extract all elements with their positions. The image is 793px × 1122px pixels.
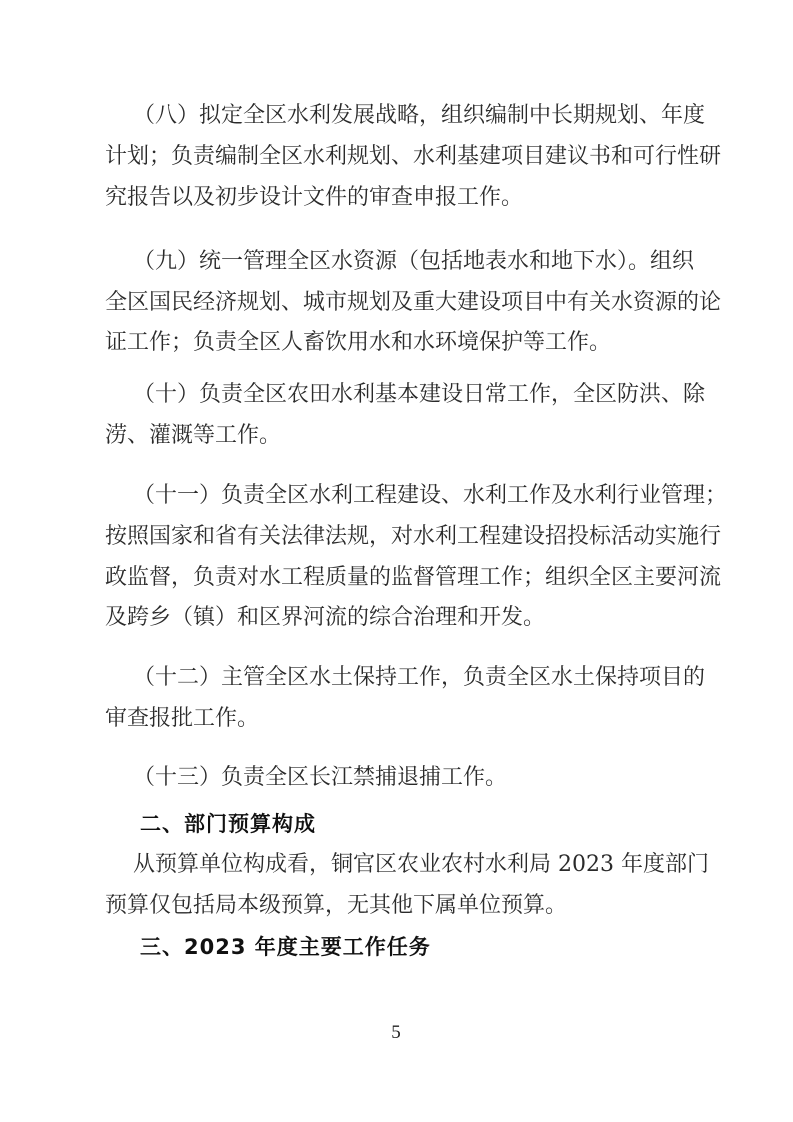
document-page: （八）拟定全区水利发展战略，组织编制中长期规划、年度 计划；负责编制全区水利规划… xyxy=(0,0,793,1122)
paragraph-item-12-line-2: 审查报批工作。 xyxy=(105,704,692,734)
paragraph-item-11-line-1: （十一）负责全区水利工程建设、水利工作及水利行业管理； xyxy=(133,481,692,511)
paragraph-item-9-line-1: （九）统一管理全区水资源（包括地表水和地下水）。组织 xyxy=(133,247,692,277)
paragraph-item-12-line-1: （十二）主管全区水土保持工作，负责全区水土保持项目的 xyxy=(133,663,692,693)
paragraph-item-8-line-2: 计划；负责编制全区水利规划、水利基建项目建议书和可行性研 xyxy=(105,142,692,172)
page-number: 5 xyxy=(386,1022,406,1044)
paragraph-item-9-line-3: 证工作；负责全区人畜饮用水和水环境保护等工作。 xyxy=(105,328,692,358)
paragraph-item-11-line-2: 按照国家和省有关法律法规，对水利工程建设招投标活动实施行 xyxy=(105,522,692,552)
paragraph-item-9-line-2: 全区国民经济规划、城市规划及重大建设项目中有关水资源的论 xyxy=(105,288,692,318)
paragraph-item-10-line-1: （十）负责全区农田水利基本建设日常工作，全区防洪、除 xyxy=(133,380,692,410)
paragraph-item-10-line-2: 涝、灌溉等工作。 xyxy=(105,421,692,451)
paragraph-item-8-line-1: （八）拟定全区水利发展战略，组织编制中长期规划、年度 xyxy=(133,101,692,131)
paragraph-item-13-line-1: （十三）负责全区长江禁捕退捕工作。 xyxy=(133,763,692,793)
paragraph-item-8-line-3: 究报告以及初步设计文件的审查申报工作。 xyxy=(105,183,692,213)
section-heading-main-tasks: 三、2023 年度主要工作任务 xyxy=(140,932,431,962)
paragraph-item-11-line-4: 及跨乡（镇）和区界河流的综合治理和开发。 xyxy=(105,603,692,633)
section-2-body-line-2: 预算仅包括局本级预算，无其他下属单位预算。 xyxy=(105,891,692,921)
section-heading-budget-composition: 二、部门预算构成 xyxy=(140,809,316,839)
section-2-body-line-1: 从预算单位构成看，铜官区农业农村水利局 2023 年度部门 xyxy=(133,850,692,880)
paragraph-item-11-line-3: 政监督，负责对水工程质量的监督管理工作；组织全区主要河流 xyxy=(105,563,692,593)
